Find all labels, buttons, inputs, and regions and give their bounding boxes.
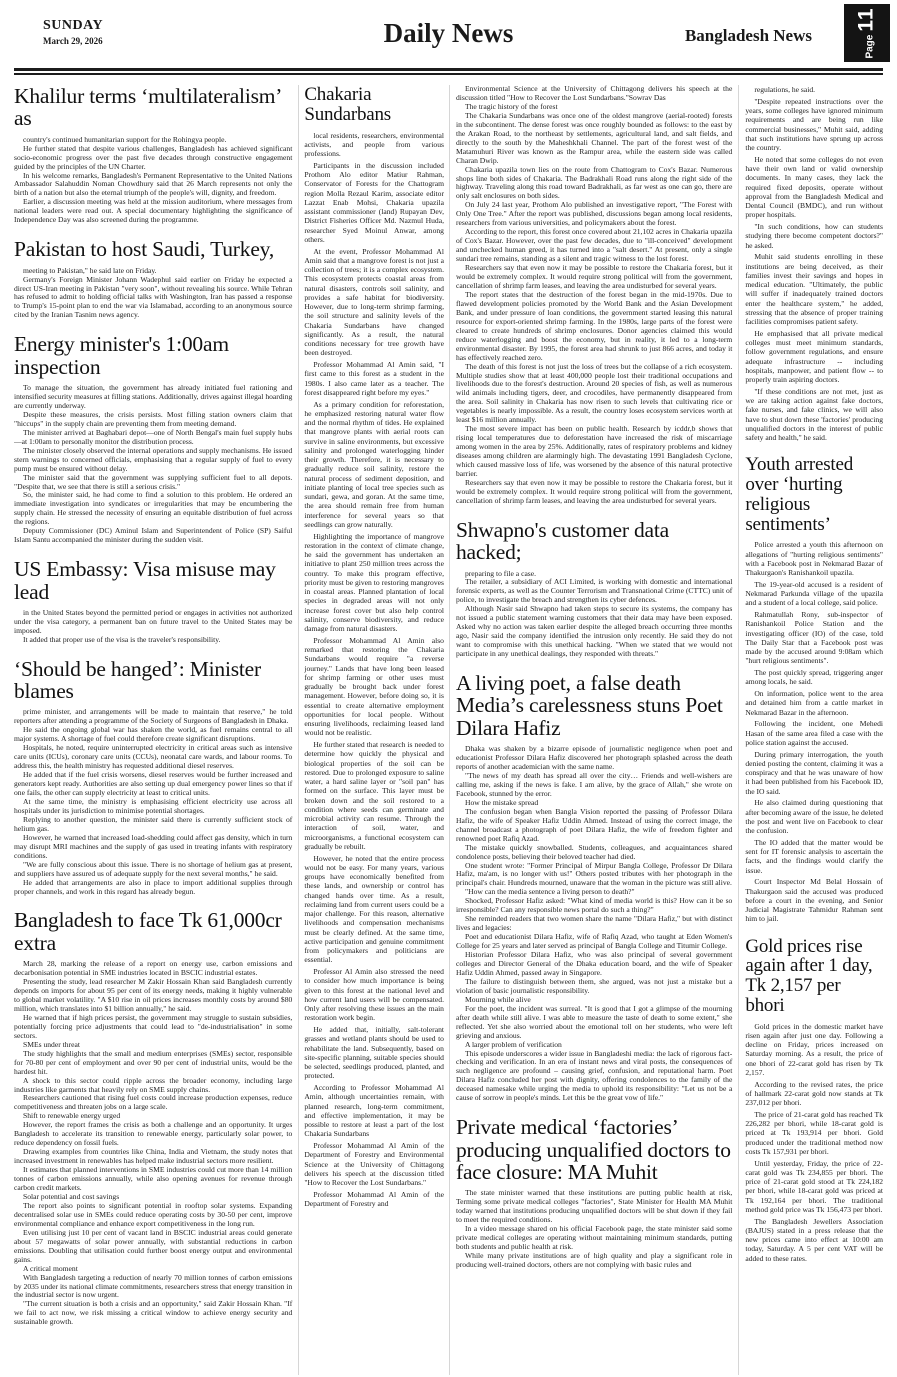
article: Khalilur terms ‘multilateralism’ ascount… [14, 85, 292, 225]
page-number-box: Page 11 [844, 4, 890, 62]
article-headline: Khalilur terms ‘multilateralism’ as [14, 85, 292, 130]
article-paragraph: Despite these measures, the crisis persi… [14, 411, 292, 429]
article-paragraph: Professor Mohammad Al Amin of the Depart… [304, 1141, 444, 1187]
article-headline: Private medical ‘factories’ producing un… [456, 1116, 732, 1183]
article-headline: ‘Should be hanged’: Minister blames [14, 658, 292, 703]
article: Youth arrested over ‘hurting religious s… [745, 455, 883, 923]
article-headline: Pakistan to host Saudi, Turkey, [14, 238, 292, 260]
article-headline: Gold prices rise again after 1 day, Tk 2… [745, 937, 883, 1016]
article-headline: US Embassy: Visa misuse may lead [14, 558, 292, 603]
article-paragraph: The minister closely observed the intern… [14, 447, 292, 474]
article-paragraph: The 19-year-old accused is a resident of… [745, 580, 883, 608]
article-headline: Bangladesh to face Tk 61,000cr extra [14, 909, 292, 954]
article-paragraph: Professor Mohammad Al Amin of the Depart… [304, 1190, 444, 1209]
article-paragraph: The minister said that the government wa… [14, 474, 292, 492]
article-paragraph: He further stated that despite various c… [14, 145, 292, 172]
column-4: regulations, he said."Despite repeated i… [738, 85, 883, 1375]
article: Energy minister's 1:00am inspectionTo ma… [14, 333, 292, 545]
column-1: Khalilur terms ‘multilateralism’ ascount… [14, 85, 298, 1375]
article-paragraph: He said the ongoing global war has shake… [14, 726, 292, 744]
article-paragraph: Professor Mohammad Al Amin also remarked… [304, 636, 444, 738]
article-paragraph: He also claimed during questioning that … [745, 798, 883, 835]
article-paragraph: It estimates that planned interventions … [14, 1166, 292, 1193]
article-paragraph: "In such conditions, how can students st… [745, 222, 883, 250]
article-paragraph: At the same time, the ministry is emphas… [14, 798, 292, 816]
article-paragraph: Until yesterday, Friday, the price of 22… [745, 1159, 883, 1215]
article-paragraph: It added that proper use of the visa is … [14, 636, 292, 645]
article-paragraph: During primary interrogation, the youth … [745, 750, 883, 796]
article-paragraph: "The news of my death has spread all ove… [456, 772, 732, 799]
article-paragraph: The confusion began when Bangla Vision r… [456, 808, 732, 844]
article-paragraph: local residents, researchers, environmen… [304, 131, 444, 159]
article-paragraph: At the event, Professor Mohammad Al Amin… [304, 247, 444, 358]
article-headline: A living poet, a false death Media’s car… [456, 672, 732, 739]
article-paragraph: The study highlights that the small and … [14, 1050, 292, 1077]
article-headline: Energy minister's 1:00am inspection [14, 333, 292, 378]
article-paragraph: Although Nasir said Shwapno had taken st… [456, 605, 732, 659]
article-paragraph: Earlier, a discussion meeting was held a… [14, 198, 292, 225]
article-paragraph: "We are fully conscious about this issue… [14, 861, 292, 879]
article-paragraph: Presenting the study, lead researcher M … [14, 978, 292, 1014]
article-paragraph: Chakaria upazila town lies on the route … [456, 166, 732, 202]
article-paragraph: Professor Al Amin also stressed the need… [304, 967, 444, 1023]
article-paragraph: For the poet, the incident was surreal. … [456, 1005, 732, 1041]
article-paragraph: Researchers say that even now it may be … [456, 264, 732, 291]
article-paragraph: "The current situation is both a crisis … [14, 1300, 292, 1327]
article-paragraph: Gold prices in the domestic market have … [745, 1022, 883, 1078]
article-paragraph: The post quickly spread, triggering ange… [745, 668, 883, 687]
article-paragraph: The state minister warned that these ins… [456, 1189, 732, 1225]
section-label: Bangladesh News [685, 26, 812, 46]
column-3: Environmental Science at the University … [449, 85, 738, 1375]
article-paragraph: Rahmatullah Rony, sub-inspector of Ranis… [745, 610, 883, 666]
article-paragraph: With Bangladesh targeting a reduction of… [14, 1274, 292, 1301]
article-paragraph: March 28, marking the release of a repor… [14, 960, 292, 978]
article-headline: Youth arrested over ‘hurting religious s… [745, 455, 883, 534]
article-paragraph: This episode underscores a wider issue i… [456, 1050, 732, 1104]
article-paragraph: In a video message shared on his officia… [456, 1225, 732, 1252]
article-paragraph: The death of this forest is not just the… [456, 363, 732, 426]
article: Bangladesh to face Tk 61,000cr extraMarc… [14, 909, 292, 1327]
article-paragraph: Highlighting the importance of mangrove … [304, 532, 444, 634]
article-paragraph: Professor Mohammad Al Amin said, "I firs… [304, 360, 444, 397]
article-paragraph: The IO added that the matter would be se… [745, 838, 883, 875]
article: Private medical ‘factories’ producing un… [456, 1116, 732, 1270]
article-paragraph: The minister arrived at Baghabari depot—… [14, 429, 292, 447]
article-paragraph: Researchers say that even now it may be … [456, 479, 732, 506]
article-paragraph: regulations, he said. [745, 85, 883, 94]
article: Pakistan to host Saudi, Turkey,meeting t… [14, 238, 292, 320]
article-paragraph: Replying to another question, the minist… [14, 816, 292, 834]
article: Shwapno's customer data hacked;preparing… [456, 519, 732, 659]
article-paragraph: Deputy Commissioner (DC) Aminul Islam an… [14, 527, 292, 545]
article-paragraph: He warned that if high prices persist, t… [14, 1014, 292, 1041]
article: regulations, he said."Despite repeated i… [745, 85, 883, 442]
article-paragraph: He noted that some colleges do not even … [745, 155, 883, 220]
article-paragraph: On information, police went to the area … [745, 689, 883, 717]
article-paragraph: Following the incident, one Mehedi Hasan… [745, 719, 883, 747]
article-paragraph: According to Professor Mohammad Al Amin,… [304, 1083, 444, 1139]
article-paragraph: Germany's Foreign Minister Johann Wadeph… [14, 276, 292, 321]
article-paragraph: Researchers cautioned that rising fuel c… [14, 1094, 292, 1112]
article-paragraph: On July 24 last year, Prothom Alo publis… [456, 201, 732, 228]
header-divider-rule [14, 68, 883, 75]
article-paragraph: He further stated that research is neede… [304, 740, 444, 851]
article-paragraph: In his welcome remarks, Bangladesh's Per… [14, 172, 292, 199]
article-paragraph: Dhaka was shaken by a bizarre episode of… [456, 745, 732, 772]
article: Gold prices rise again after 1 day, Tk 2… [745, 937, 883, 1263]
article-paragraph: The most severe impact has been on publi… [456, 425, 732, 479]
article-paragraph: As a primary condition for reforestation… [304, 400, 444, 530]
article-paragraph: Police arrested a youth this afternoon o… [745, 540, 883, 577]
article-paragraph: Court Inspector Md Belal Hossain of Thak… [745, 877, 883, 923]
article-paragraph: While many private institutions are of h… [456, 1252, 732, 1270]
article-paragraph: The retailer, a subsidiary of ACI Limite… [456, 578, 732, 605]
article-paragraph: Muhit said students enrolling in these i… [745, 252, 883, 326]
article: A living poet, a false death Media’s car… [456, 672, 732, 1103]
page-number-label: Page 11 [855, 7, 879, 58]
article-paragraph: The Chakaria Sundarbans was once one of … [456, 112, 732, 166]
column-2: Chakaria Sundarbanslocal residents, rese… [298, 85, 449, 1375]
article-paragraph: The Bangladesh Jewellers Association (BA… [745, 1217, 883, 1263]
page-word: Page [865, 35, 876, 59]
article-paragraph: According to the revised rates, the pric… [745, 1080, 883, 1108]
article-paragraph: Historian Professor Dilara Hafiz, who wa… [456, 951, 732, 978]
article-paragraph: Shocked, Professor Hafiz asked: "What ki… [456, 897, 732, 915]
masthead: SUNDAY March 29, 2026 Daily News Banglad… [0, 0, 897, 68]
article-paragraph: However, he noted that the entire proces… [304, 854, 444, 965]
article-paragraph: So, the minister said, he had come to fi… [14, 491, 292, 527]
article-paragraph: prime minister, and arrangements will be… [14, 708, 292, 726]
article-paragraph: Environmental Science at the University … [456, 85, 732, 103]
article-paragraph: He added that, initially, salt-tolerant … [304, 1025, 444, 1081]
article: Chakaria Sundarbanslocal residents, rese… [304, 85, 444, 1208]
article-paragraph: One student wrote: "Former Principal of … [456, 862, 732, 889]
article-paragraph: Poet and educationist Dilara Hafiz, wife… [456, 933, 732, 951]
article-paragraph: He emphasised that all private medical c… [745, 329, 883, 385]
article-paragraph: "If these conditions are not met, just a… [745, 387, 883, 443]
article-headline: Chakaria Sundarbans [304, 85, 444, 125]
article-paragraph: in the United States beyond the permitte… [14, 609, 292, 636]
columns: Khalilur terms ‘multilateralism’ ascount… [14, 85, 883, 1375]
article-paragraph: "Despite repeated instructions over the … [745, 97, 883, 153]
article-paragraph: A shock to this sector could ripple acro… [14, 1077, 292, 1095]
article-paragraph: To manage the situation, the government … [14, 384, 292, 411]
article-paragraph: Drawing examples from countries like Chi… [14, 1148, 292, 1166]
article-paragraph: The mistake quickly snowballed. Students… [456, 844, 732, 862]
article-paragraph: The report also points to significant po… [14, 1202, 292, 1229]
article-paragraph: The failure to distinguish between them,… [456, 978, 732, 996]
article-paragraph: He added that if the fuel crisis worsens… [14, 771, 292, 798]
article-paragraph: However, he warned that increased load-s… [14, 834, 292, 861]
article-paragraph: According to the report, this forest onc… [456, 228, 732, 264]
article-paragraph: The price of 21-carat gold has reached T… [745, 1110, 883, 1156]
article-paragraph: The report states that the destruction o… [456, 291, 732, 363]
article-paragraph: He added that arrangements are also in p… [14, 879, 292, 897]
page-number: 11 [855, 7, 879, 31]
article-headline: Shwapno's customer data hacked; [456, 519, 732, 564]
article-paragraph: Participants in the discussion included … [304, 161, 444, 244]
article: Environmental Science at the University … [456, 85, 732, 506]
article: ‘Should be hanged’: Minister blamesprime… [14, 658, 292, 897]
article: US Embassy: Visa misuse may leadin the U… [14, 558, 292, 645]
article-paragraph: However, the report frames the crisis as… [14, 1121, 292, 1148]
article-paragraph: Even utilising just 10 per cent of vacan… [14, 1229, 292, 1265]
article-paragraph: She reminded readers that two women shar… [456, 915, 732, 933]
article-paragraph: Hospitals, he noted, require uninterrupt… [14, 744, 292, 771]
